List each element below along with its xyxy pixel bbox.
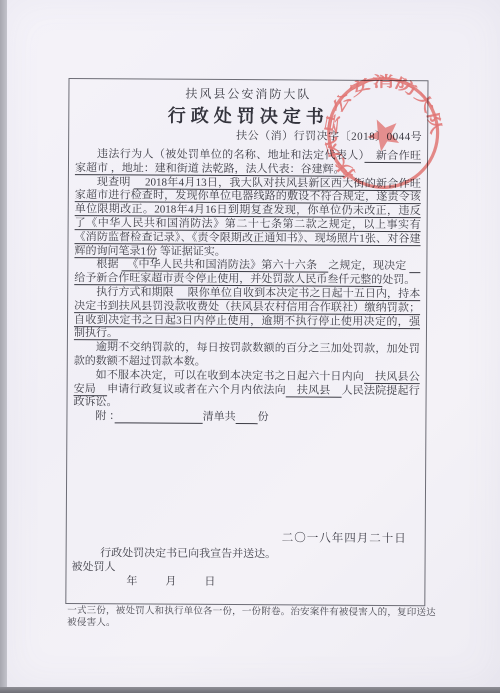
photo-left-edge [0,0,7,693]
text-run: 执行方式和期限 [96,286,176,298]
photo-bottom-edge [0,687,500,693]
document-content: 扶风县公安消防大队 行政处罚决定书 扶公（消）行罚决字〔2018〕0044号 违… [3,0,500,689]
decision-date: 二〇一八年四月二十日 [67,530,425,546]
document-paragraph: 违法行为人（被处罚单位的名称、地址和法定代表人） 新合作旺家超市 ，地址：建和街… [75,148,421,178]
text-run: 份 [258,411,269,423]
underlined-filled-text: 《消防监督检查记录》、《责令限期改正通知书》、现场照片1张、对谷建辉的询问笔录1… [74,231,420,257]
document-paragraph: 附 ： 清单共 份 [73,410,419,426]
text-run: 如不服本决定，可以在收到本决定书之日起六十日内向 [96,369,364,383]
underlined-filled-text: 《中华人民共和国消防法》第六十六条 [122,259,329,272]
signature-date-blank: 年 月 日 [66,574,424,590]
paper: 扶风县公安消防大队 行政处罚决定书 扶公（消）行罚决字〔2018〕0044号 违… [7,0,500,687]
text-run: 根据 [96,259,121,271]
copies-note: 一式三份，被处罚人和执行单位各一份，一份附卷。治安案件有被侵害人的，复印送达被侵… [67,605,439,631]
underlined-filled-text [115,410,203,423]
text-run: 违法行为人（被处罚单位的名称、地址和法定代表人） [97,148,365,162]
document-border-box: 扶风县公安消防大队 行政处罚决定书 扶公（消）行罚决字〔2018〕0044号 违… [65,78,428,606]
document-paragraph: 执行方式和期限 限你单位自收到本决定书之日起十五日内，持本决定书到扶风县罚没款收… [74,286,420,343]
document-number: 扶公（消）行罚决字〔2018〕0044号 [69,129,427,144]
document-paragraph: 根据 《中华人民共和国消防法》第六十六条 之规定，现决定 给予新合作旺家超市责令… [74,258,420,288]
document-paragraph: 如不服本决定，可以在收到本决定书之日起六十日内向 扶风县公安局 申请行政复议或者… [73,369,419,413]
text-run: 清单共 [203,411,236,423]
document-body: 违法行为人（被处罚单位的名称、地址和法定代表人） 新合作旺家超市 ，地址：建和街… [73,148,421,426]
text-run: 处罚。 [382,274,415,286]
text-run: 申请行政复议或者在六个月内依法向 [107,383,286,396]
text-run: 逾期不交纳罚款的，每日按罚款数额的百分之三加处罚款，加处罚款的数额不超过罚款本数… [74,341,420,367]
underlined-filled-text: 扶风县 [286,384,342,396]
text-run: 等证据证实。 [157,245,226,257]
document-title: 行政处罚决定书 [69,103,427,129]
document-paragraph: 现查明 2018年4月13日，我大队对扶风县新区西大街的新合作旺家超市进行检查时… [74,176,420,261]
text-run: 现查明 [97,176,134,188]
org-name: 扶风县公安消防大队 [69,86,427,102]
document-paragraph: 逾期不交纳罚款的，每日按罚款数额的百分之三加处罚款，加处罚款的数额不超过罚款本数… [74,341,420,371]
text-run: 之规定，现决定 [328,260,409,272]
text-run: 附 ： [95,410,114,422]
service-announcement: 行政处罚决定书已向我宣告并送达。 [67,546,425,562]
underlined-filled-text [236,411,258,423]
